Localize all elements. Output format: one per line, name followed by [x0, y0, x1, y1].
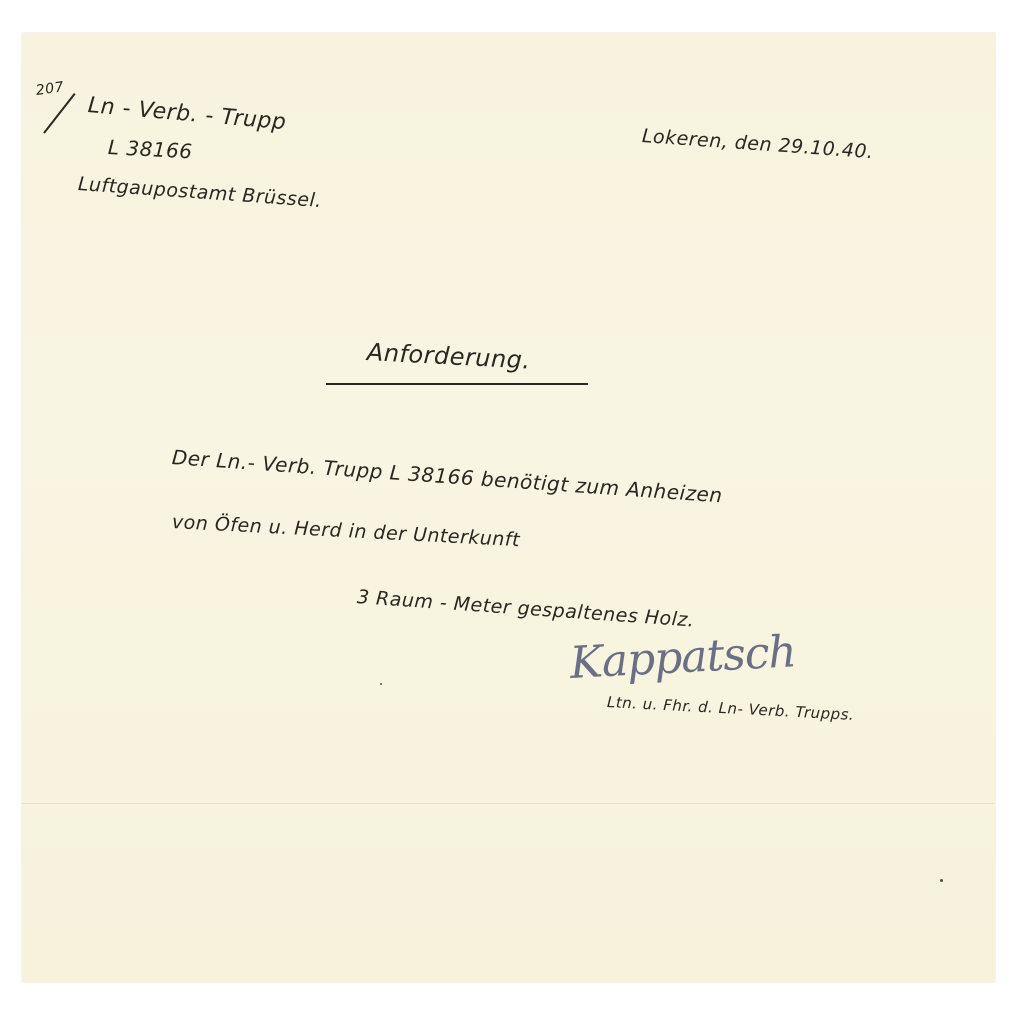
paper-fold-line [22, 803, 995, 804]
archive-slash-mark [43, 93, 75, 134]
body-line-3: 3 Raum - Meter gespaltenes Holz. [356, 586, 695, 632]
signature: Kappatsch [569, 626, 797, 689]
title-underline [326, 383, 588, 385]
signature-title: Ltn. u. Fhr. d. Ln- Verb. Trupps. [607, 693, 855, 724]
sender-number: L 38166 [107, 135, 193, 163]
archive-number: 207 [35, 79, 65, 99]
body-line-2: von Öfen u. Herd in der Unterkunft [171, 511, 520, 551]
sender-post-office: Luftgaupostamt Brüssel. [77, 173, 322, 212]
paper-speck [380, 683, 382, 685]
place-and-date: Lokeren, den 29.10.40. [641, 125, 874, 163]
paper-speck [940, 879, 943, 882]
sender-unit: Ln - Verb. - Trupp [87, 93, 287, 135]
document-paper: 207 Ln - Verb. - Trupp L 38166 Luftgaupo… [22, 33, 995, 982]
body-line-1: Der Ln.- Verb. Trupp L 38166 benötigt zu… [171, 445, 723, 507]
document-title: Anforderung. [366, 338, 531, 375]
